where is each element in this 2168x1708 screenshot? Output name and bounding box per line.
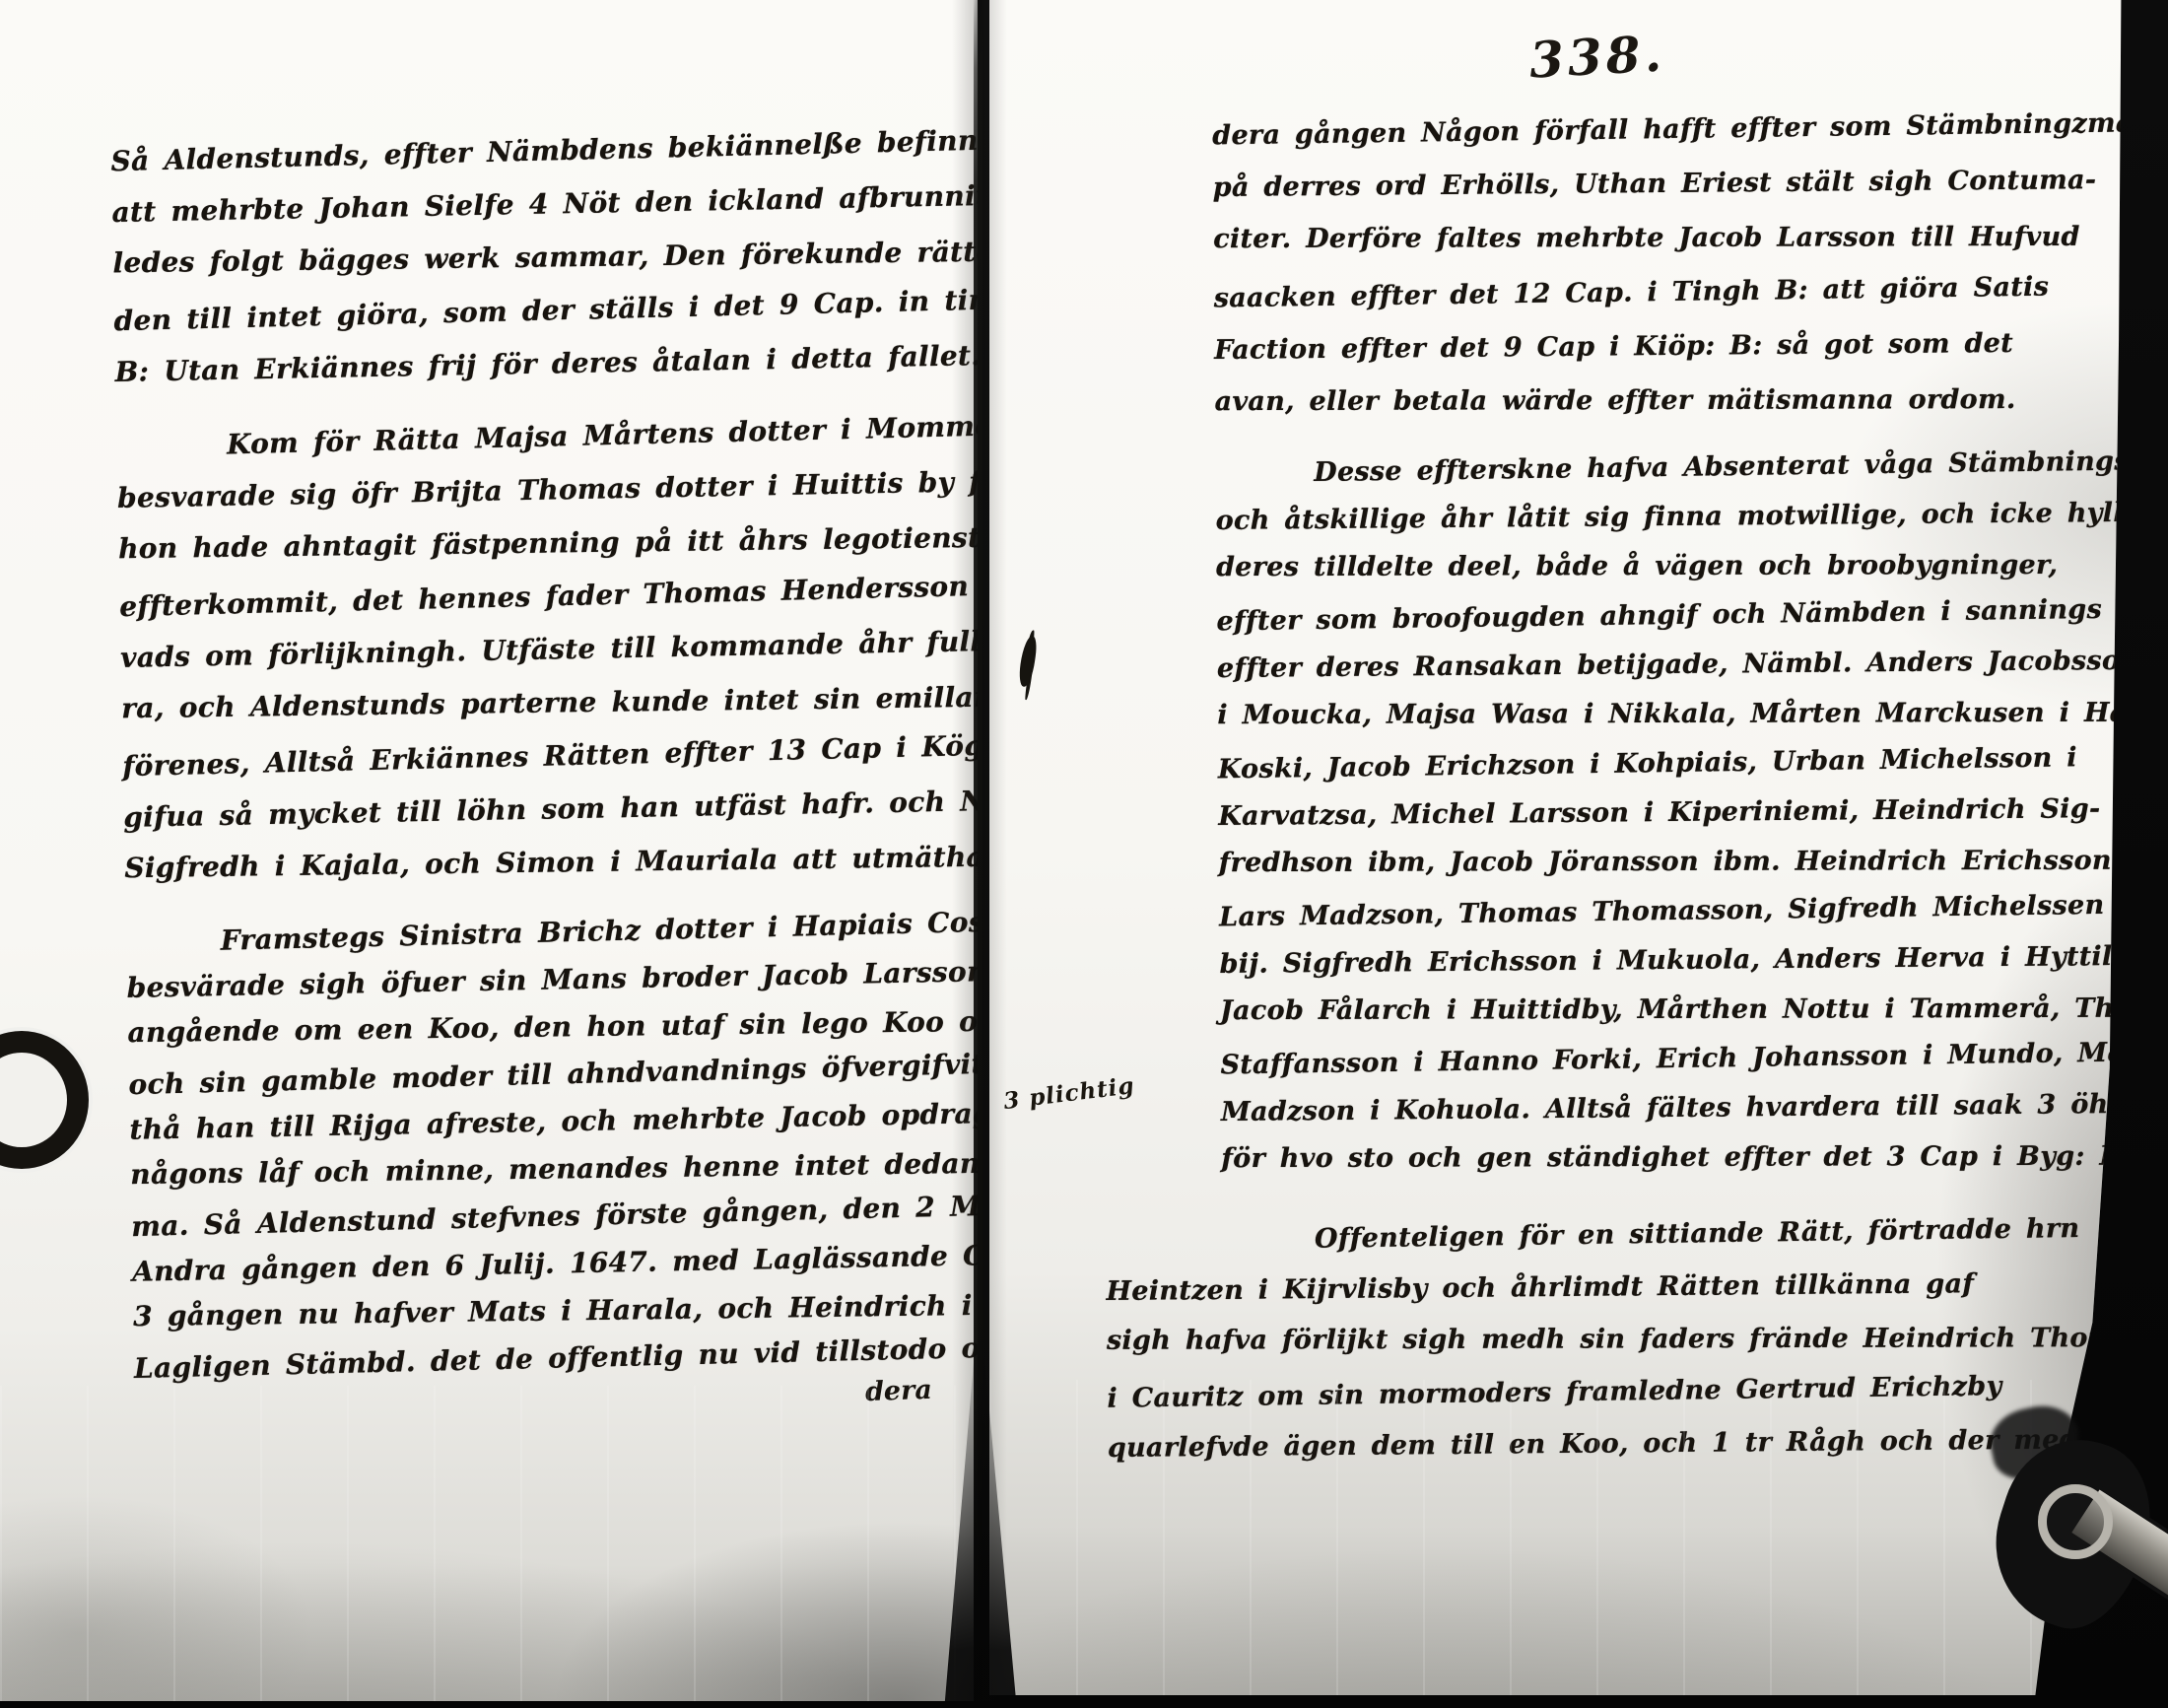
manuscript-line: för hvo sto och gen ständighet effter de… [1221, 1132, 2133, 1184]
manuscript-line: Madzson i Kohuola. Alltså fältes hvarder… [1221, 1080, 2133, 1137]
manuscript-line: Sigfredh i Kajala, och Simon i Mauriala … [124, 831, 978, 895]
book-clasp [1961, 1400, 2168, 1656]
catchword: dera [864, 1375, 932, 1407]
clasp-ring [2038, 1484, 2113, 1559]
binder-hole-ring [0, 1031, 89, 1169]
paragraph: Desse effterskne hafva Absenterat våga S… [1215, 440, 2133, 1187]
manuscript-line: avan, eller betala wärde effter mätisman… [1215, 373, 2132, 429]
manuscript-line: sigh hafva förlijkt sigh medh sin faders… [1107, 1312, 2133, 1367]
manuscript-line: deres tilldelte deel, både å vägen och b… [1216, 541, 2133, 592]
paragraph: Så Aldenstunds, effter Nämbdens bekiänne… [110, 116, 971, 399]
left-page: Så Aldenstunds, effter Nämbdens bekiänne… [0, 0, 978, 1701]
paragraph: Kom för Rätta Majsa Mårtens dotter i Mom… [116, 402, 978, 898]
manuscript-line: och åtskillige åhr låtit sig finna motwi… [1215, 489, 2132, 546]
paper-scratches [0, 1386, 978, 1701]
left-page-text: Så Aldenstunds, effter Nämbdens bekiänne… [110, 116, 978, 1409]
paragraph: Framstegs Sinistra Brichz dotter i Hapia… [125, 901, 978, 1391]
manuscript-line: Karvatzsa, Michel Larsson i Kiperiniemi,… [1218, 785, 2133, 842]
right-page-text: dera gången Någon förfall hafft effter s… [1212, 99, 2133, 1489]
manuscript-line: effter deres Ransakan betijgade, Nämbl. … [1217, 637, 2133, 694]
manuscript-line: Faction effter det 9 Cap i Kiöp: B: så g… [1214, 315, 2131, 377]
manuscript-line: citer. Derföre faltes mehrbte Jacob Lars… [1213, 210, 2130, 266]
folio-page-number: 338. [1528, 24, 1667, 89]
manuscript-line: bij. Sigfredh Erichsson i Mukuola, Ander… [1219, 932, 2133, 990]
manuscript-scan: Så Aldenstunds, effter Nämbdens bekiänne… [0, 0, 2168, 1708]
paragraph: dera gången Någon förfall hafft effter s… [1212, 99, 2132, 432]
gutter-margin-note: 3 plichtig [1002, 1072, 1136, 1115]
manuscript-line: fredhson ibm, Jacob Jöransson ibm. Heind… [1219, 837, 2133, 888]
manuscript-line: på derres ord Erhölls, Uthan Eriest stäl… [1212, 153, 2129, 215]
manuscript-line: i Moucka, Majsa Wasa i Nikkala, Mårten M… [1217, 689, 2133, 740]
manuscript-line: Jacob Fålarch i Huittidby, Mårthen Nottu… [1220, 985, 2133, 1036]
